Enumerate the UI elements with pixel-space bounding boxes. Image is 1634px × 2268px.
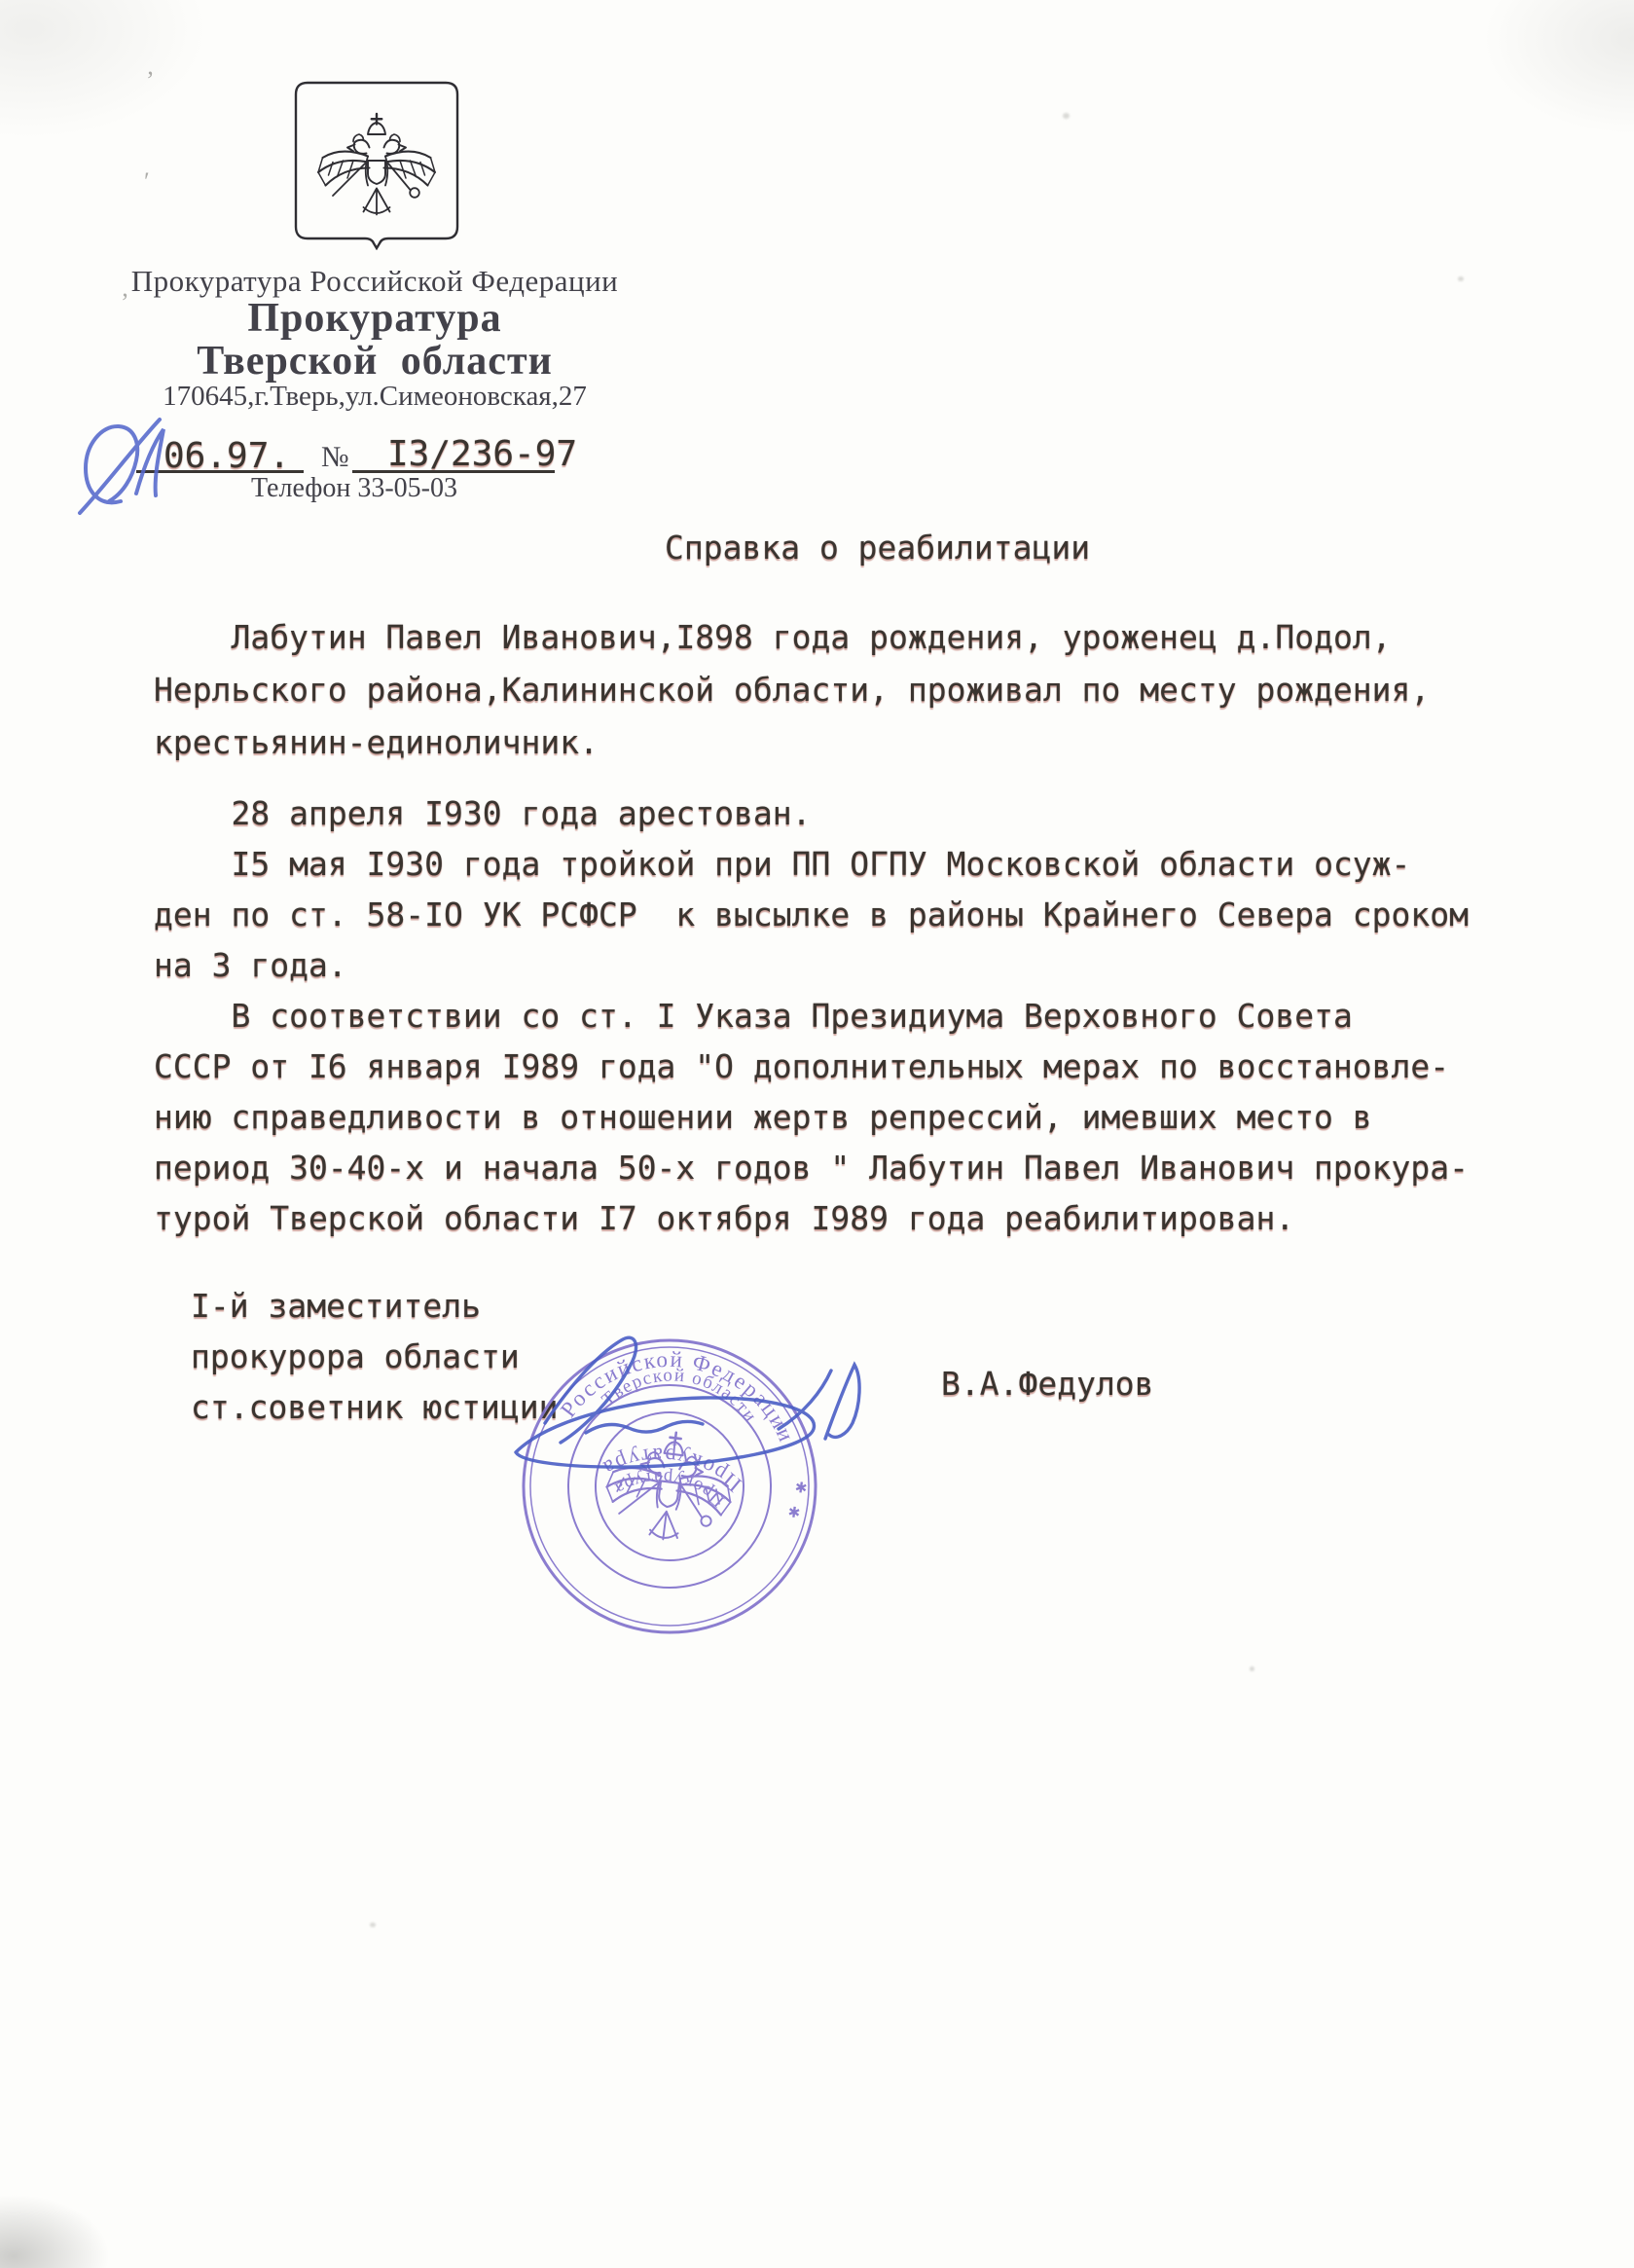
stamp-separator-star: ✱	[787, 1505, 801, 1521]
document-number: I3/236-97	[387, 434, 577, 474]
scan-mark: ’	[146, 66, 155, 95]
scan-speck	[1250, 1666, 1254, 1671]
signer-name: В.А.Федулов	[941, 1365, 1154, 1403]
number-sign: №	[321, 441, 349, 474]
paragraph-person: Лабутин Павел Иванович,I898 года рождени…	[154, 611, 1536, 769]
scanned-document-page: ’ ′ ’ Прокуратура Российской Федерации П…	[0, 0, 1634, 2268]
coat-of-arms-eagle-icon	[294, 81, 459, 250]
letterhead-org-name: Прокуратура	[112, 295, 637, 342]
scan-mark: ′	[144, 167, 150, 197]
document-title: Справка о реабилитации	[665, 529, 1090, 567]
signature-scribble	[457, 1314, 886, 1489]
paragraph-sentence: I5 мая I930 года тройкой при ПП ОГПУ Мос…	[154, 839, 1536, 991]
letterhead-org-region: Тверской области	[112, 338, 637, 384]
handwritten-day-scribble	[58, 404, 272, 521]
scan-speck	[1063, 113, 1070, 119]
phone-line: Телефон 33-05-03	[251, 473, 457, 504]
letterhead-federal-line: Прокуратура Российской Федерации	[112, 264, 637, 299]
body-paragraphs: 28 апреля I930 года арестован. I5 мая I9…	[154, 788, 1536, 1244]
paragraph-rehabilitation: В соответствии со ст. I Указа Президиума…	[154, 991, 1536, 1244]
scan-speck	[370, 1922, 376, 1927]
paragraph-arrest: 28 апреля I930 года арестован.	[154, 788, 1536, 839]
scan-speck	[1458, 276, 1464, 281]
